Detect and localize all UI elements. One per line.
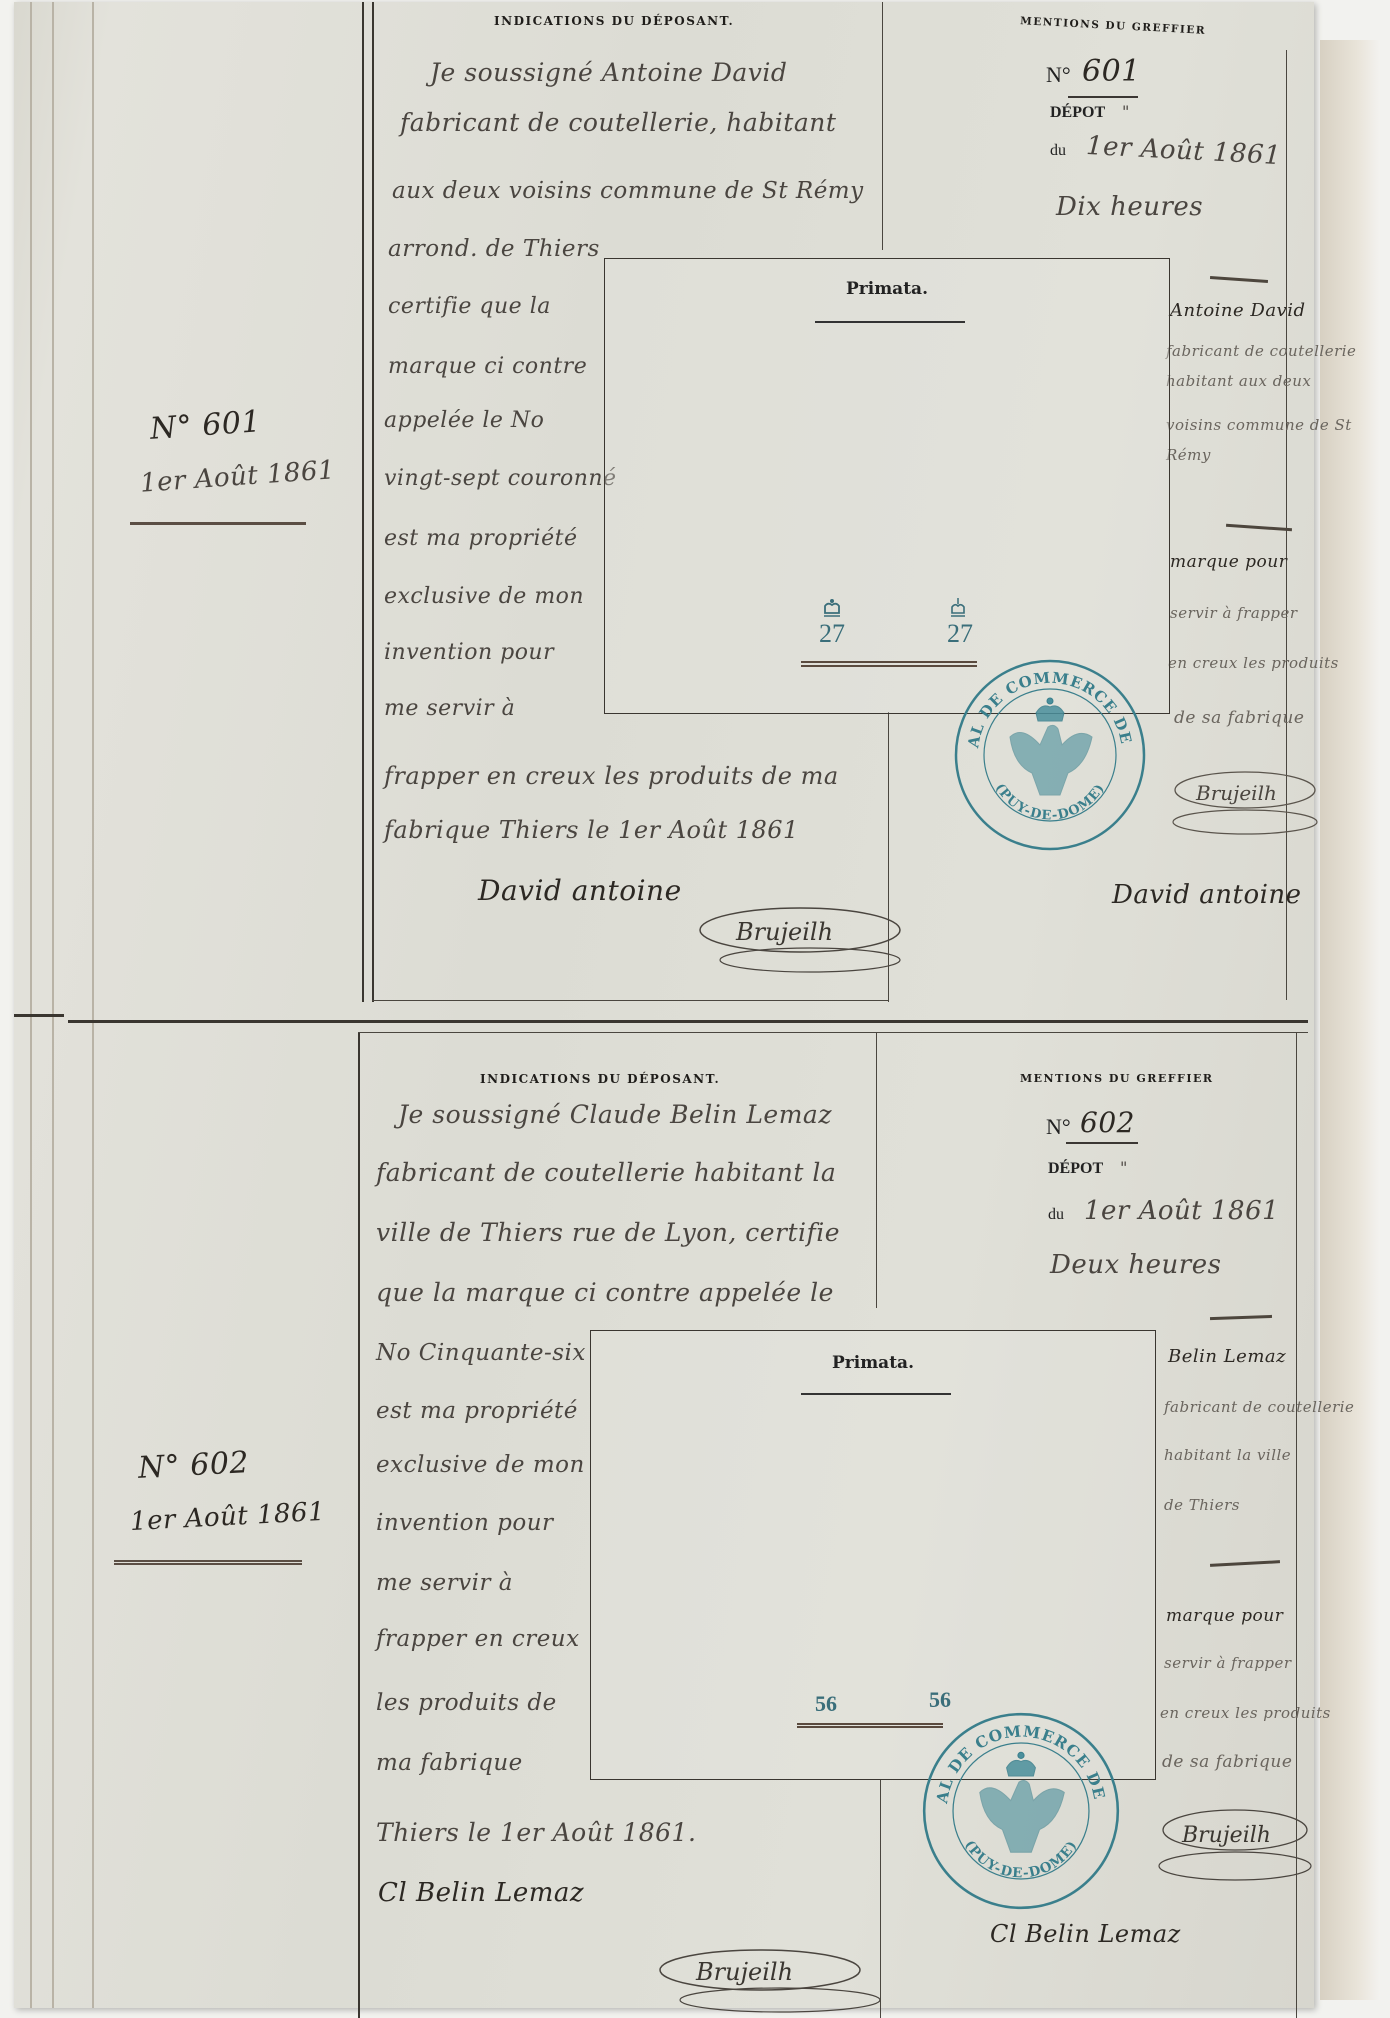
clerk-side-line: servir à frapper — [1164, 1654, 1292, 1672]
page-edge — [32, 2, 54, 2008]
frame-line — [358, 1032, 360, 2018]
statement-line: que la marque ci contre appelée le — [376, 1278, 834, 1307]
column-divider — [876, 1032, 877, 1308]
margin-rule — [130, 522, 306, 525]
mark-number-right: 27 — [935, 619, 985, 649]
frame-line — [372, 2, 374, 1002]
statement-line: arrond. de Thiers — [388, 236, 600, 262]
statement-line: Je soussigné Antoine David — [430, 58, 787, 87]
clerk-side-line: voisins commune de St — [1166, 416, 1352, 434]
clerk-paraph-icon: Brujeilh — [650, 1940, 890, 2018]
clerk-paraph-icon: Brujeilh — [1140, 1796, 1320, 1896]
clerk-side-line: en creux les produits — [1168, 654, 1339, 672]
entry-separator — [68, 1020, 1308, 1023]
svg-text:Brujeilh: Brujeilh — [1195, 781, 1277, 805]
clerk-side-line: fabricant de coutellerie — [1166, 342, 1356, 360]
clerk-side-signature: Cl Belin Lemaz — [990, 1920, 1181, 1948]
svg-text:Brujeilh: Brujeilh — [695, 1958, 793, 1986]
clerk-side-line: marque pour — [1170, 552, 1287, 572]
mark-number-left: 56 — [801, 1691, 851, 1717]
statement-line: No Cinquante-six — [376, 1340, 586, 1366]
svg-text:Brujeilh: Brujeilh — [1181, 1823, 1271, 1848]
deposit-time: Dix heures — [1056, 192, 1203, 222]
statement-line: fabricant de coutellerie habitant la — [376, 1158, 836, 1187]
statement-line: frapper en creux les produits de ma — [384, 762, 839, 790]
mark-title-rule — [801, 1393, 951, 1395]
statement-line: invention pour — [376, 1510, 554, 1536]
page-edge — [54, 2, 94, 2008]
statement-line: me servir à — [376, 1570, 513, 1596]
statement-line: ville de Thiers rue de Lyon, certifie — [376, 1218, 840, 1247]
statement-line: est ma propriété — [384, 526, 577, 551]
entry-separator — [14, 1014, 64, 1017]
clerk-side-line: de Thiers — [1164, 1496, 1240, 1514]
depositor-header: INDICATIONS DU DÉPOSANT. — [480, 1072, 720, 1086]
svg-text:Brujeilh: Brujeilh — [735, 918, 833, 946]
date-label: du — [1050, 142, 1066, 160]
deposit-date: 1er Août 1861 — [1084, 1196, 1279, 1226]
margin-number: N° 602 — [137, 1445, 250, 1486]
clerk-side-line: habitant aux deux — [1166, 372, 1311, 390]
margin-rule — [114, 1560, 302, 1565]
clerk-side-line: en creux les produits — [1160, 1704, 1331, 1722]
statement-line: marque ci contre — [388, 354, 587, 379]
clerk-side-line: de sa fabrique — [1162, 1752, 1292, 1772]
clerk-number-label: N° — [1046, 62, 1071, 88]
clerk-paraph-icon: Brujeilh — [690, 900, 910, 980]
frame-right — [1286, 50, 1287, 1000]
statement-line: ma fabrique — [376, 1750, 523, 1776]
statement-line: me servir à — [384, 696, 515, 721]
mark-title-rule — [815, 321, 965, 323]
clerk-side-line: Belin Lemaz — [1168, 1346, 1286, 1367]
clerk-side-line: habitant la ville — [1164, 1446, 1291, 1464]
court-seal-stamp: TRIBUNAL DE COMMERCE DE THIERS (PUY-DE-D… — [950, 655, 1150, 855]
clerk-header: MENTIONS DU GREFFIER — [1020, 1072, 1214, 1085]
clerk-paraph-icon: Brujeilh — [1160, 760, 1320, 850]
statement-line: vingt-sept couronné — [384, 466, 617, 491]
statement-line: exclusive de mon — [384, 584, 584, 609]
court-seal-stamp: TRIBUNAL DE COMMERCE DE THIERS (PUY-DE-D… — [918, 1708, 1124, 1914]
mark-number-left: 27 — [807, 619, 857, 649]
clerk-side-signature: David antoine — [1112, 880, 1302, 910]
crown-icon — [821, 597, 843, 619]
mark-title: Primata. — [605, 279, 1169, 299]
depositor-header: INDICATIONS DU DÉPOSANT. — [494, 14, 734, 28]
clerk-number-label: N° — [1046, 1114, 1071, 1140]
statement-line: certifie que la — [388, 294, 551, 319]
statement-line: fabricant de coutellerie, habitant — [400, 108, 836, 137]
mark-title: Primata. — [591, 1353, 1155, 1373]
depositor-signature: David antoine — [478, 874, 682, 907]
statement-line: fabrique Thiers le 1er Août 1861 — [384, 816, 799, 844]
eagle-emblem-icon — [980, 1752, 1064, 1852]
statement-line: Je soussigné Claude Belin Lemaz — [398, 1100, 832, 1129]
statement-line: invention pour — [384, 640, 554, 665]
clerk-side-line: marque pour — [1166, 1606, 1283, 1626]
clerk-side-line: fabricant de coutellerie — [1164, 1398, 1354, 1416]
number-underline — [1068, 96, 1138, 98]
clerk-side-line: Antoine David — [1170, 300, 1306, 321]
statement-line: exclusive de mon — [376, 1452, 585, 1478]
frame-line — [362, 2, 364, 1002]
trademark-box: Primata. 27 27 — [604, 258, 1170, 714]
clerk-side-line: de sa fabrique — [1174, 708, 1304, 728]
depot-value: " — [1122, 102, 1130, 121]
frame-bottom — [372, 1000, 888, 1001]
statement-line: Thiers le 1er Août 1861. — [376, 1818, 696, 1847]
page-edge — [14, 2, 32, 2008]
deposit-time: Deux heures — [1050, 1250, 1221, 1280]
depot-label: DÉPOT — [1048, 1160, 1103, 1178]
clerk-number: 602 — [1080, 1106, 1135, 1139]
depositor-signature: Cl Belin Lemaz — [378, 1878, 584, 1908]
number-underline — [1066, 1142, 1138, 1144]
crown-icon — [947, 597, 969, 619]
statement-line: frapper en creux — [376, 1626, 580, 1652]
depot-label: DÉPOT — [1050, 104, 1105, 122]
frame-top — [358, 1032, 1308, 1033]
statement-line: aux deux voisins commune de St Rémy — [392, 178, 864, 204]
statement-line: appelée le No — [384, 408, 544, 433]
depot-value: " — [1120, 1158, 1128, 1177]
date-label: du — [1048, 1206, 1064, 1224]
eagle-emblem-icon — [1010, 698, 1092, 795]
clerk-side-line: servir à frapper — [1170, 604, 1298, 622]
column-divider — [882, 2, 883, 250]
clerk-number: 601 — [1082, 54, 1141, 89]
statement-line: les produits de — [376, 1690, 557, 1716]
clerk-side-line: Rémy — [1166, 446, 1211, 464]
statement-line: est ma propriété — [376, 1398, 578, 1424]
